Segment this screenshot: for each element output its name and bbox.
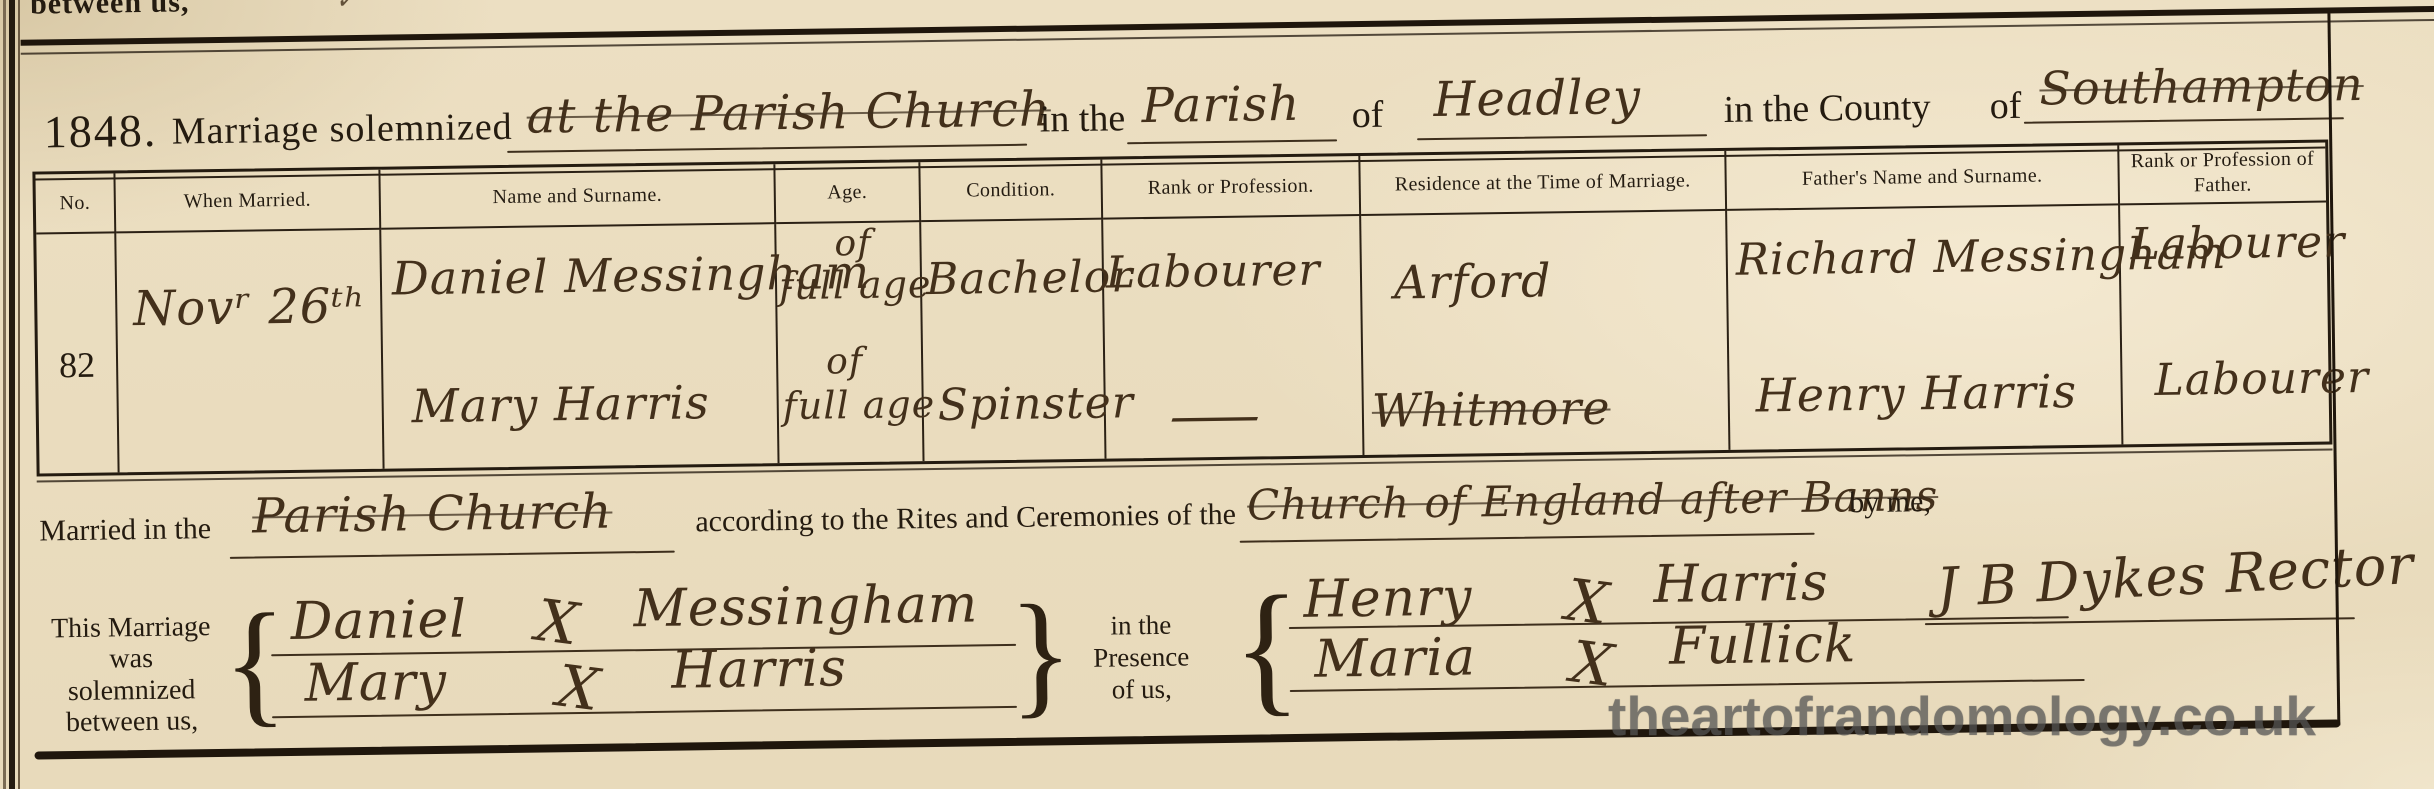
heading-printed-in-the: in the bbox=[1039, 96, 1125, 141]
heading-written-parish: Parish bbox=[1141, 76, 1300, 134]
bride-residence: Whitmore bbox=[1371, 381, 1610, 438]
bride-father-name: Henry Harris bbox=[1755, 364, 2077, 422]
bride-signature-forename: Mary bbox=[304, 652, 447, 714]
heading-printed-solemnized: Marriage solemnized bbox=[172, 105, 513, 154]
presence-label: in the Presence of us, bbox=[1065, 609, 1218, 707]
col-header-when-married: When Married. bbox=[115, 170, 381, 234]
groom-rank: Labourer bbox=[1106, 245, 1321, 299]
witness1-forename: Henry bbox=[1303, 568, 1473, 630]
cell-father-name: Richard Messingham Henry Harris bbox=[1727, 205, 2123, 449]
groom-condition: Bachelor bbox=[926, 251, 1134, 305]
bride-age-of: of bbox=[826, 341, 864, 383]
heading-place-line bbox=[507, 144, 1027, 153]
witness2-forename: Maria bbox=[1314, 627, 1477, 689]
ceremony-printed-by-me: by me, bbox=[1849, 485, 1931, 520]
groom-age-of: of bbox=[834, 223, 872, 265]
heading-printed-of-2: of bbox=[1989, 84, 2021, 128]
cell-condition: Bachelor Spinster bbox=[921, 220, 1106, 462]
col-header-condition: Condition. bbox=[920, 160, 1103, 223]
ceremony-written-church: Parish Church bbox=[252, 484, 613, 545]
groom-signature-forename: Daniel bbox=[290, 590, 467, 652]
witness2-surname: Fullick bbox=[1669, 614, 1857, 677]
heading-written-county: Southampton bbox=[2039, 57, 2364, 116]
col-header-name: Name and Surname. bbox=[380, 164, 776, 230]
groom-signature-surname: Messingham bbox=[633, 574, 978, 639]
attestation-label: This Marriage was solemnized between us, bbox=[17, 611, 247, 740]
entry-when-married: Novʳ 26ᵗʰ bbox=[133, 278, 366, 337]
heading-county-line bbox=[2024, 117, 2344, 123]
bride-rank-dash: — bbox=[1168, 385, 1264, 446]
bride-name: Mary Harris bbox=[411, 375, 710, 433]
entry-number: 82 bbox=[38, 343, 117, 386]
witness1-mark: X bbox=[1562, 566, 1612, 639]
heading-printed-of-1: of bbox=[1351, 93, 1383, 137]
col-header-age: Age. bbox=[775, 162, 921, 224]
groom-signature-mark: X bbox=[533, 586, 583, 659]
attestation-brace-open: { bbox=[222, 593, 287, 732]
groom-father-rank: Labourer bbox=[2130, 216, 2345, 270]
cell-no: 82 bbox=[36, 233, 119, 473]
officiant-signature: J B Dykes Rector bbox=[1935, 533, 2415, 619]
witness-brace-open: { bbox=[1232, 574, 1301, 722]
heading-written-place: at the Parish Church bbox=[526, 81, 1051, 144]
bride-age-full: full age bbox=[782, 382, 935, 428]
cell-names: Daniel Messingham Mary Harris bbox=[381, 224, 779, 468]
register-page: between us, ✓ 1848. Marriage solemnized … bbox=[0, 0, 2434, 789]
heading-written-parish-name: Headley bbox=[1433, 69, 1641, 128]
groom-residence: Arford bbox=[1394, 253, 1552, 309]
register-table: No. When Married. Name and Surname. Age.… bbox=[32, 140, 2332, 477]
previous-entry-fragment: between us, bbox=[30, 0, 190, 22]
witness1-surname: Harris bbox=[1653, 553, 1829, 615]
cell-rank: Labourer — bbox=[1103, 216, 1364, 459]
attestation-brace-close: } bbox=[1008, 584, 1073, 723]
heading-parish-name-line bbox=[1417, 134, 1707, 140]
ceremony-rites-line bbox=[1240, 533, 1815, 543]
previous-entry-mark: ✓ bbox=[335, 0, 358, 15]
col-header-father-name: Father's Name and Surname. bbox=[1726, 145, 2120, 210]
cell-when-married: Novʳ 26ᵗʰ bbox=[116, 230, 384, 473]
col-header-residence: Residence at the Time of Marriage. bbox=[1360, 151, 1727, 216]
ceremony-church-line bbox=[230, 551, 675, 559]
heading-parish-line bbox=[1127, 139, 1337, 144]
cell-father-rank: Labourer Labourer bbox=[2120, 203, 2329, 445]
col-header-father-rank: Rank or Profession of Father. bbox=[2119, 143, 2326, 206]
heading-printed-county: in the County bbox=[1723, 85, 1930, 132]
bride-father-rank: Labourer bbox=[2154, 352, 2369, 406]
watermark: theartofrandomology.co.uk bbox=[1608, 684, 2316, 748]
cell-residence: Arford Whitmore bbox=[1361, 211, 1730, 455]
heading-year: 1848. bbox=[43, 104, 157, 159]
cell-age: of full age of full age bbox=[776, 222, 924, 463]
col-header-rank: Rank or Profession. bbox=[1102, 156, 1361, 220]
bride-signature-surname: Harris bbox=[671, 638, 847, 700]
ceremony-printed-married-in: Married in the bbox=[39, 512, 211, 548]
groom-age-full: full age bbox=[779, 262, 932, 308]
col-header-no: No. bbox=[35, 173, 116, 234]
ceremony-written-rites: Church of England after Banns bbox=[1247, 471, 1939, 530]
ceremony-printed-rites: according to the Rites and Ceremonies of… bbox=[695, 498, 1236, 540]
